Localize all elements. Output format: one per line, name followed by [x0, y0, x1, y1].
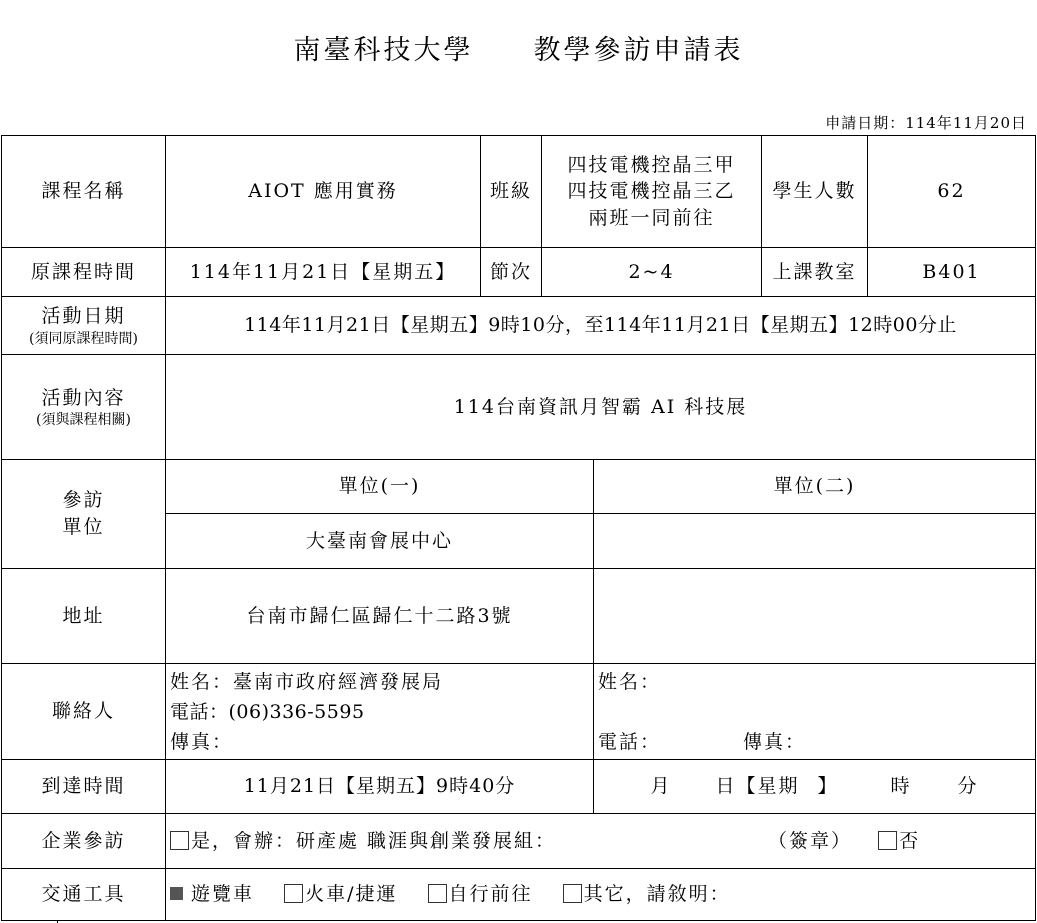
room-label: 上課教室 [762, 248, 868, 297]
students-value[interactable]: 62 [868, 136, 1036, 248]
enterprise-visit-row: 企業參訪 是，會辦：研產處 職涯與創業發展組：（簽章）否 [2, 814, 1036, 869]
contact-label: 聯絡人 [2, 664, 166, 760]
page-title: 南臺科技大學教學參訪申請表 [0, 28, 1037, 67]
activity-content-label: 活動內容 [2, 385, 165, 412]
transport-option-train-mrt[interactable]: 火車/捷運 [284, 883, 397, 905]
unit1-value[interactable]: 大臺南會展中心 [166, 514, 594, 569]
unit2-header: 單位(二) [594, 460, 1036, 514]
enterprise-no-checkbox[interactable] [878, 831, 897, 850]
enterprise-yes-label: 是，會辦：研產處 職涯與創業發展組： [191, 830, 556, 852]
unit2-value[interactable] [594, 514, 1036, 569]
class-line-3: 兩班一同前往 [542, 205, 761, 232]
enterprise-visit-options: 是，會辦：研產處 職涯與創業發展組：（簽章）否 [166, 814, 1036, 869]
school-name: 南臺科技大學 [294, 35, 474, 66]
address-label: 地址 [2, 569, 166, 664]
activity-content-row: 活動內容 (須與課程相關) 114台南資訊月智霸 AI 科技展 [2, 355, 1036, 460]
transport-options: 遊覽車 火車/捷運 自行前往 其它，請敘明： [166, 869, 1036, 921]
course-name-value[interactable]: AIOT 應用實務 [166, 136, 481, 248]
transport-option-self[interactable]: 自行前往 [428, 883, 533, 905]
enterprise-yes-checkbox[interactable] [170, 831, 189, 850]
self-label: 自行前往 [449, 883, 533, 905]
unit1-arrival[interactable]: 11月21日【星期五】9時40分 [166, 760, 594, 814]
students-label: 學生人數 [762, 136, 868, 248]
units-header-row: 參訪 單位 單位(一) 單位(二) [2, 460, 1036, 514]
class-label: 班級 [481, 136, 542, 248]
unit2-arrival-day: 日【星期 [715, 775, 799, 797]
course-time-value[interactable]: 114年11月21日【星期五】 [166, 248, 481, 297]
transport-label: 交通工具 [2, 869, 166, 921]
unit2-address[interactable] [594, 569, 1036, 664]
unit2-contact-fax: 傳真： [743, 731, 806, 753]
room-value[interactable]: B401 [868, 248, 1036, 297]
unit2-arrival-close: 】 [818, 775, 839, 797]
activity-content-label-cell: 活動內容 (須與課程相關) [2, 355, 166, 460]
course-time-label: 原課程時間 [2, 248, 166, 297]
activity-date-note: (須同原課程時間) [2, 330, 165, 348]
contact-row: 聯絡人 姓名：臺南市政府經濟發展局 電話：(06)336-5595 傳真： 姓名… [2, 664, 1036, 760]
train-mrt-label: 火車/捷運 [305, 883, 397, 905]
other-checkbox[interactable] [563, 884, 582, 903]
unit2-arrival-month: 月 [650, 775, 671, 797]
units-label-cell: 參訪 單位 [2, 460, 166, 569]
period-value[interactable]: 2~4 [542, 248, 762, 297]
apply-date: 申請日期：114年11月20日 [825, 112, 1027, 133]
transport-option-bus[interactable]: 遊覽車 [170, 883, 254, 905]
activity-date-row: 活動日期 (須同原課程時間) 114年11月21日【星期五】9時10分，至114… [2, 297, 1036, 355]
form-title: 教學參訪申請表 [534, 35, 744, 66]
bus-checkbox-checked[interactable] [170, 887, 183, 900]
unit1-contact-phone: 電話：(06)336-5595 [170, 697, 593, 727]
units-label-line2: 單位 [2, 514, 165, 541]
unit2-contact-name: 姓名： [598, 667, 1035, 697]
arrival-row: 到達時間 11月21日【星期五】9時40分 月日【星期】時分 [2, 760, 1036, 814]
class-line-2: 四技電機控晶三乙 [542, 178, 761, 205]
unit2-contact[interactable]: 姓名： 電話：傳真： [594, 664, 1036, 760]
unit1-address[interactable]: 台南市歸仁區歸仁十二路3號 [166, 569, 594, 664]
class-value[interactable]: 四技電機控晶三甲 四技電機控晶三乙 兩班一同前往 [542, 136, 762, 248]
unit2-arrival[interactable]: 月日【星期】時分 [594, 760, 1036, 814]
course-name-row: 課程名稱 AIOT 應用實務 班級 四技電機控晶三甲 四技電機控晶三乙 兩班一同… [2, 136, 1036, 248]
unit2-arrival-min: 分 [958, 775, 979, 797]
enterprise-visit-label: 企業參訪 [2, 814, 166, 869]
transport-row: 交通工具 遊覽車 火車/捷運 自行前往 其它，請敘明： [2, 869, 1036, 921]
bus-label: 遊覽車 [191, 883, 254, 905]
activity-date-value[interactable]: 114年11月21日【星期五】9時10分，至114年11月21日【星期五】12時… [166, 297, 1036, 355]
self-checkbox[interactable] [428, 884, 447, 903]
unit2-contact-phone: 電話： [598, 731, 661, 753]
arrival-label: 到達時間 [2, 760, 166, 814]
unit1-header: 單位(一) [166, 460, 594, 514]
train-mrt-checkbox[interactable] [284, 884, 303, 903]
activity-content-value[interactable]: 114台南資訊月智霸 AI 科技展 [166, 355, 1036, 460]
unit2-arrival-hour: 時 [891, 775, 912, 797]
period-label: 節次 [481, 248, 542, 297]
course-name-label: 課程名稱 [2, 136, 166, 248]
class-line-1: 四技電機控晶三甲 [542, 152, 761, 179]
address-row: 地址 台南市歸仁區歸仁十二路3號 [2, 569, 1036, 664]
transport-option-other[interactable]: 其它，請敘明： [563, 883, 731, 905]
application-form-table: 課程名稱 AIOT 應用實務 班級 四技電機控晶三甲 四技電機控晶三乙 兩班一同… [1, 135, 1036, 921]
activity-content-note: (須與課程相關) [2, 411, 165, 429]
course-time-row: 原課程時間 114年11月21日【星期五】 節次 2~4 上課教室 B401 [2, 248, 1036, 297]
seal-label: （簽章） [768, 830, 852, 852]
unit1-contact[interactable]: 姓名：臺南市政府經濟發展局 電話：(06)336-5595 傳真： [166, 664, 594, 760]
activity-date-label-cell: 活動日期 (須同原課程時間) [2, 297, 166, 355]
other-label: 其它，請敘明： [584, 883, 731, 905]
enterprise-no-label: 否 [899, 830, 920, 852]
units-label-line1: 參訪 [2, 487, 165, 514]
activity-date-label: 活動日期 [2, 303, 165, 330]
unit1-contact-fax: 傳真： [170, 727, 593, 757]
unit1-contact-name: 姓名：臺南市政府經濟發展局 [170, 667, 593, 697]
